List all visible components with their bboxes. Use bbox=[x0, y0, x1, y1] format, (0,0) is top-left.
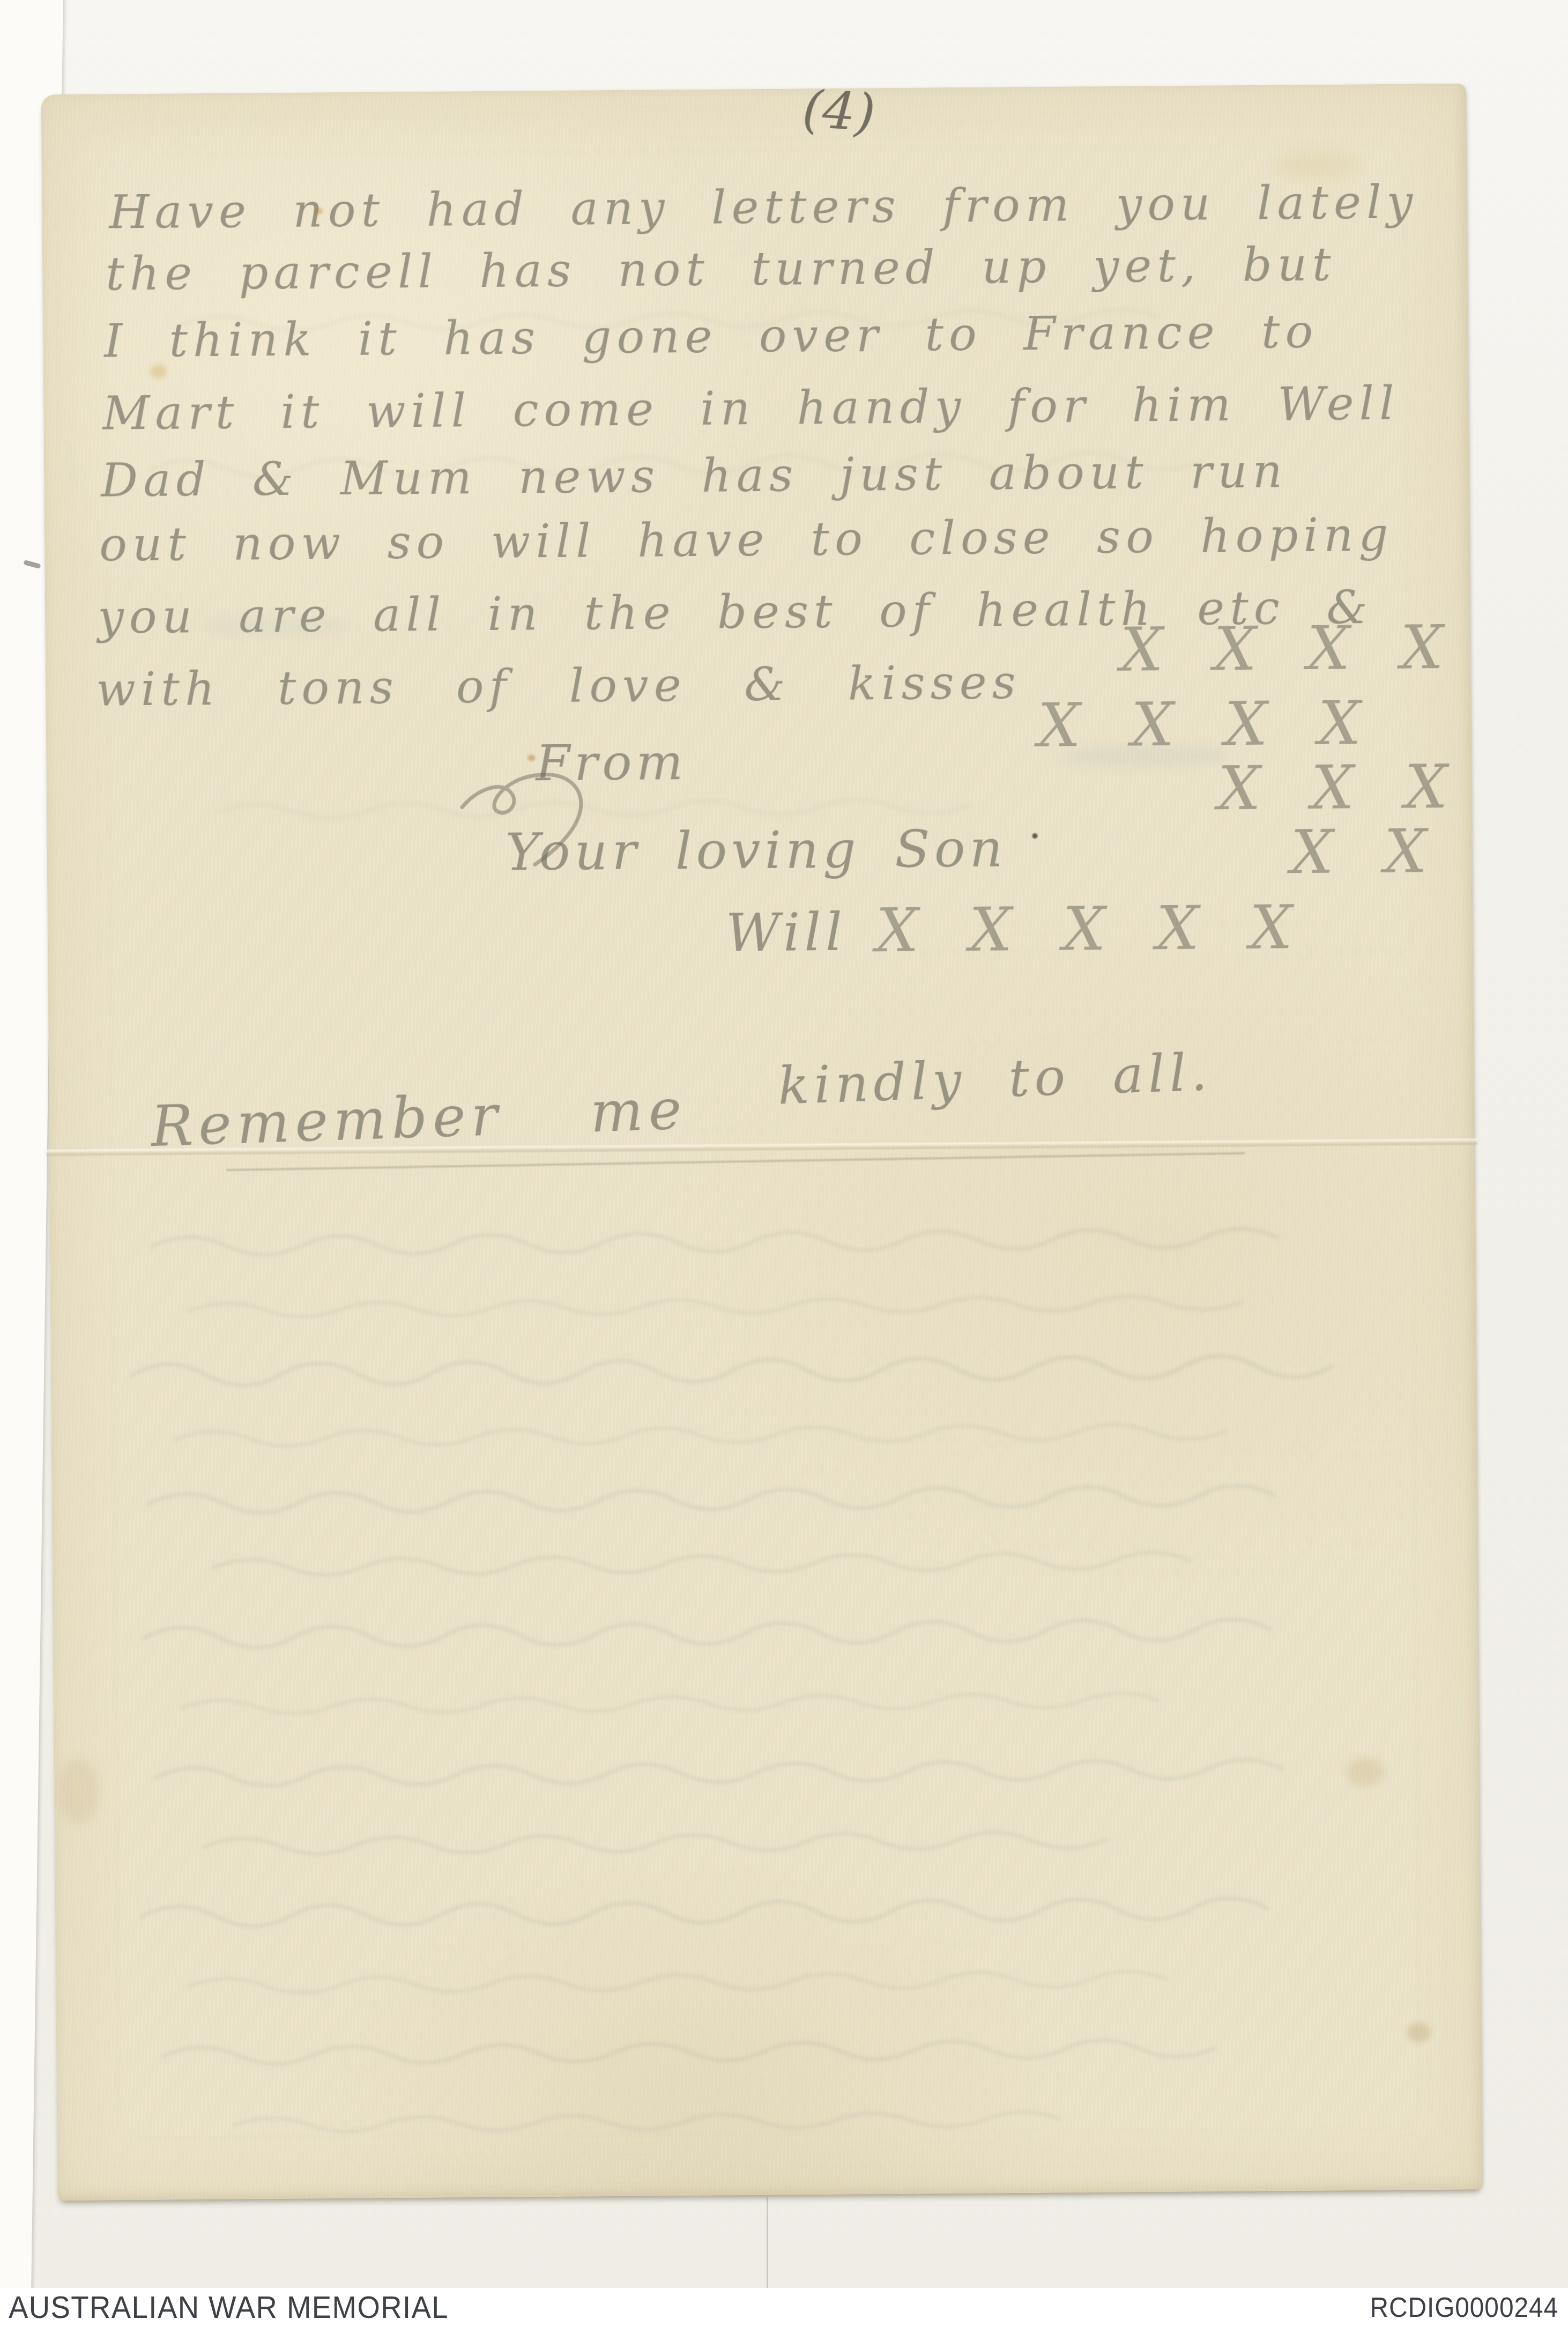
footer-institution-label: AUSTRALIAN WAR MEMORIAL bbox=[9, 2288, 449, 2326]
handwriting-line-4: Mart it will come in handy for him Well bbox=[102, 381, 1400, 437]
handwriting-line-6: out now so will have to close so hoping bbox=[99, 512, 1394, 568]
handwriting-line-2: the parcell has not turned up yet, but bbox=[106, 242, 1336, 298]
handwriting-line-1: Have not had any letters from you lately bbox=[109, 179, 1418, 235]
handwriting-line-5: Dad & Mum news has just about run bbox=[101, 448, 1288, 503]
page-number: (4) bbox=[801, 83, 877, 139]
kisses-row-4: X X bbox=[1290, 821, 1428, 883]
stain-spot bbox=[1032, 833, 1037, 839]
handwriting-line-3: I think it has gone over to France to bbox=[104, 309, 1319, 365]
stain-spot bbox=[1346, 1757, 1384, 1787]
stain-spot bbox=[1407, 2022, 1431, 2042]
stain-spot bbox=[527, 754, 535, 761]
signature: Will bbox=[726, 906, 847, 960]
fold-crease-pencil-drag bbox=[226, 1152, 1245, 1172]
stain-spot bbox=[57, 1759, 100, 1824]
letter-page: (4) Have not had any letters from you la… bbox=[41, 84, 1483, 2201]
footer-bar: AUSTRALIAN WAR MEMORIAL RCDIG0000244 bbox=[0, 2288, 1568, 2326]
bleed-wisp bbox=[1065, 745, 1225, 767]
kisses-row-1: X X X X bbox=[1120, 618, 1445, 680]
footer-archive-id: RCDIG0000244 bbox=[1370, 2288, 1558, 2326]
postscript-part-1: Remember me bbox=[150, 1081, 688, 1154]
backing-fold-line bbox=[767, 2197, 768, 2288]
handwriting-line-8: with tons of love & kisses bbox=[96, 660, 1021, 713]
kisses-row-3: X X X bbox=[1217, 757, 1448, 819]
stain-spot bbox=[151, 365, 167, 379]
kisses-row-5: X X X X X bbox=[875, 898, 1294, 961]
bleed-wisp bbox=[206, 618, 345, 635]
pen-flourish-icon bbox=[454, 742, 631, 872]
postscript-part-2: kindly to all. bbox=[777, 1047, 1213, 1112]
stain-spot bbox=[314, 207, 323, 214]
scan-background: (4) Have not had any letters from you la… bbox=[0, 0, 1568, 2326]
